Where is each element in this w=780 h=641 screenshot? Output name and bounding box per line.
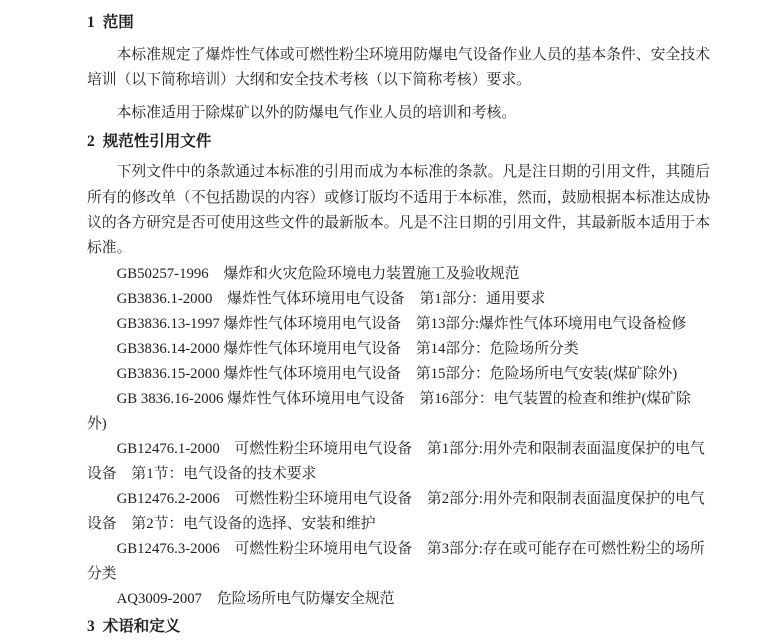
refs-intro-paragraph: 下列文件中的条款通过本标准的引用而成为本标准的条款。凡是注日期的引用文件，其随后… — [87, 160, 710, 262]
reference-item: GB3836.13-1997 爆炸性气体环境用电气设备 第13部分:爆炸性气体环… — [87, 312, 710, 337]
scope-paragraph-2: 本标准适用于除煤矿以外的防爆电气作业人员的培训和考核。 — [87, 101, 710, 126]
document-page: 1范围 本标准规定了爆炸性气体或可燃性粉尘环境用防爆电气设备作业人员的基本条件、… — [0, 0, 780, 641]
section-refs-title: 规范性引用文件 — [103, 133, 212, 150]
reference-item: GB12476.1-2000 可燃性粉尘环境用电气设备 第1部分:用外壳和限制表… — [87, 437, 710, 487]
section-terms-heading: 3术语和定义 — [87, 614, 710, 639]
section-terms-number: 3 — [87, 618, 95, 635]
reference-item: GB3836.1-2000 爆炸性气体环境用电气设备 第1部分：通用要求 — [87, 287, 710, 312]
section-normative-references: 2规范性引用文件 下列文件中的条款通过本标准的引用而成为本标准的条款。凡是注日期… — [87, 129, 710, 612]
section-scope-number: 1 — [87, 14, 95, 31]
section-refs-number: 2 — [87, 133, 95, 150]
reference-item: GB3836.15-2000 爆炸性气体环境用电气设备 第15部分：危险场所电气… — [87, 362, 710, 387]
section-scope-title: 范围 — [103, 14, 134, 31]
section-terms-and-definitions: 3术语和定义 — [87, 614, 710, 639]
reference-item: AQ3009-2007 危险场所电气防爆安全规范 — [87, 587, 710, 612]
reference-item: GB12476.3-2006 可燃性粉尘环境用电气设备 第3部分:存在或可能存在… — [87, 537, 710, 587]
section-scope-heading: 1范围 — [87, 10, 710, 35]
reference-item: GB 3836.16-2006 爆炸性气体环境用电气设备 第16部分：电气装置的… — [87, 387, 710, 437]
scope-paragraph-1: 本标准规定了爆炸性气体或可燃性粉尘环境用防爆电气设备作业人员的基本条件、安全技术… — [87, 43, 710, 94]
reference-item: GB12476.2-2006 可燃性粉尘环境用电气设备 第2部分:用外壳和限制表… — [87, 487, 710, 537]
reference-item: GB50257-1996 爆炸和火灾危险环境电力装置施工及验收规范 — [87, 262, 710, 287]
section-scope: 1范围 本标准规定了爆炸性气体或可燃性粉尘环境用防爆电气设备作业人员的基本条件、… — [87, 10, 710, 126]
section-terms-title: 术语和定义 — [103, 618, 181, 635]
section-refs-heading: 2规范性引用文件 — [87, 129, 710, 154]
reference-item: GB3836.14-2000 爆炸性气体环境用电气设备 第14部分：危险场所分类 — [87, 337, 710, 362]
